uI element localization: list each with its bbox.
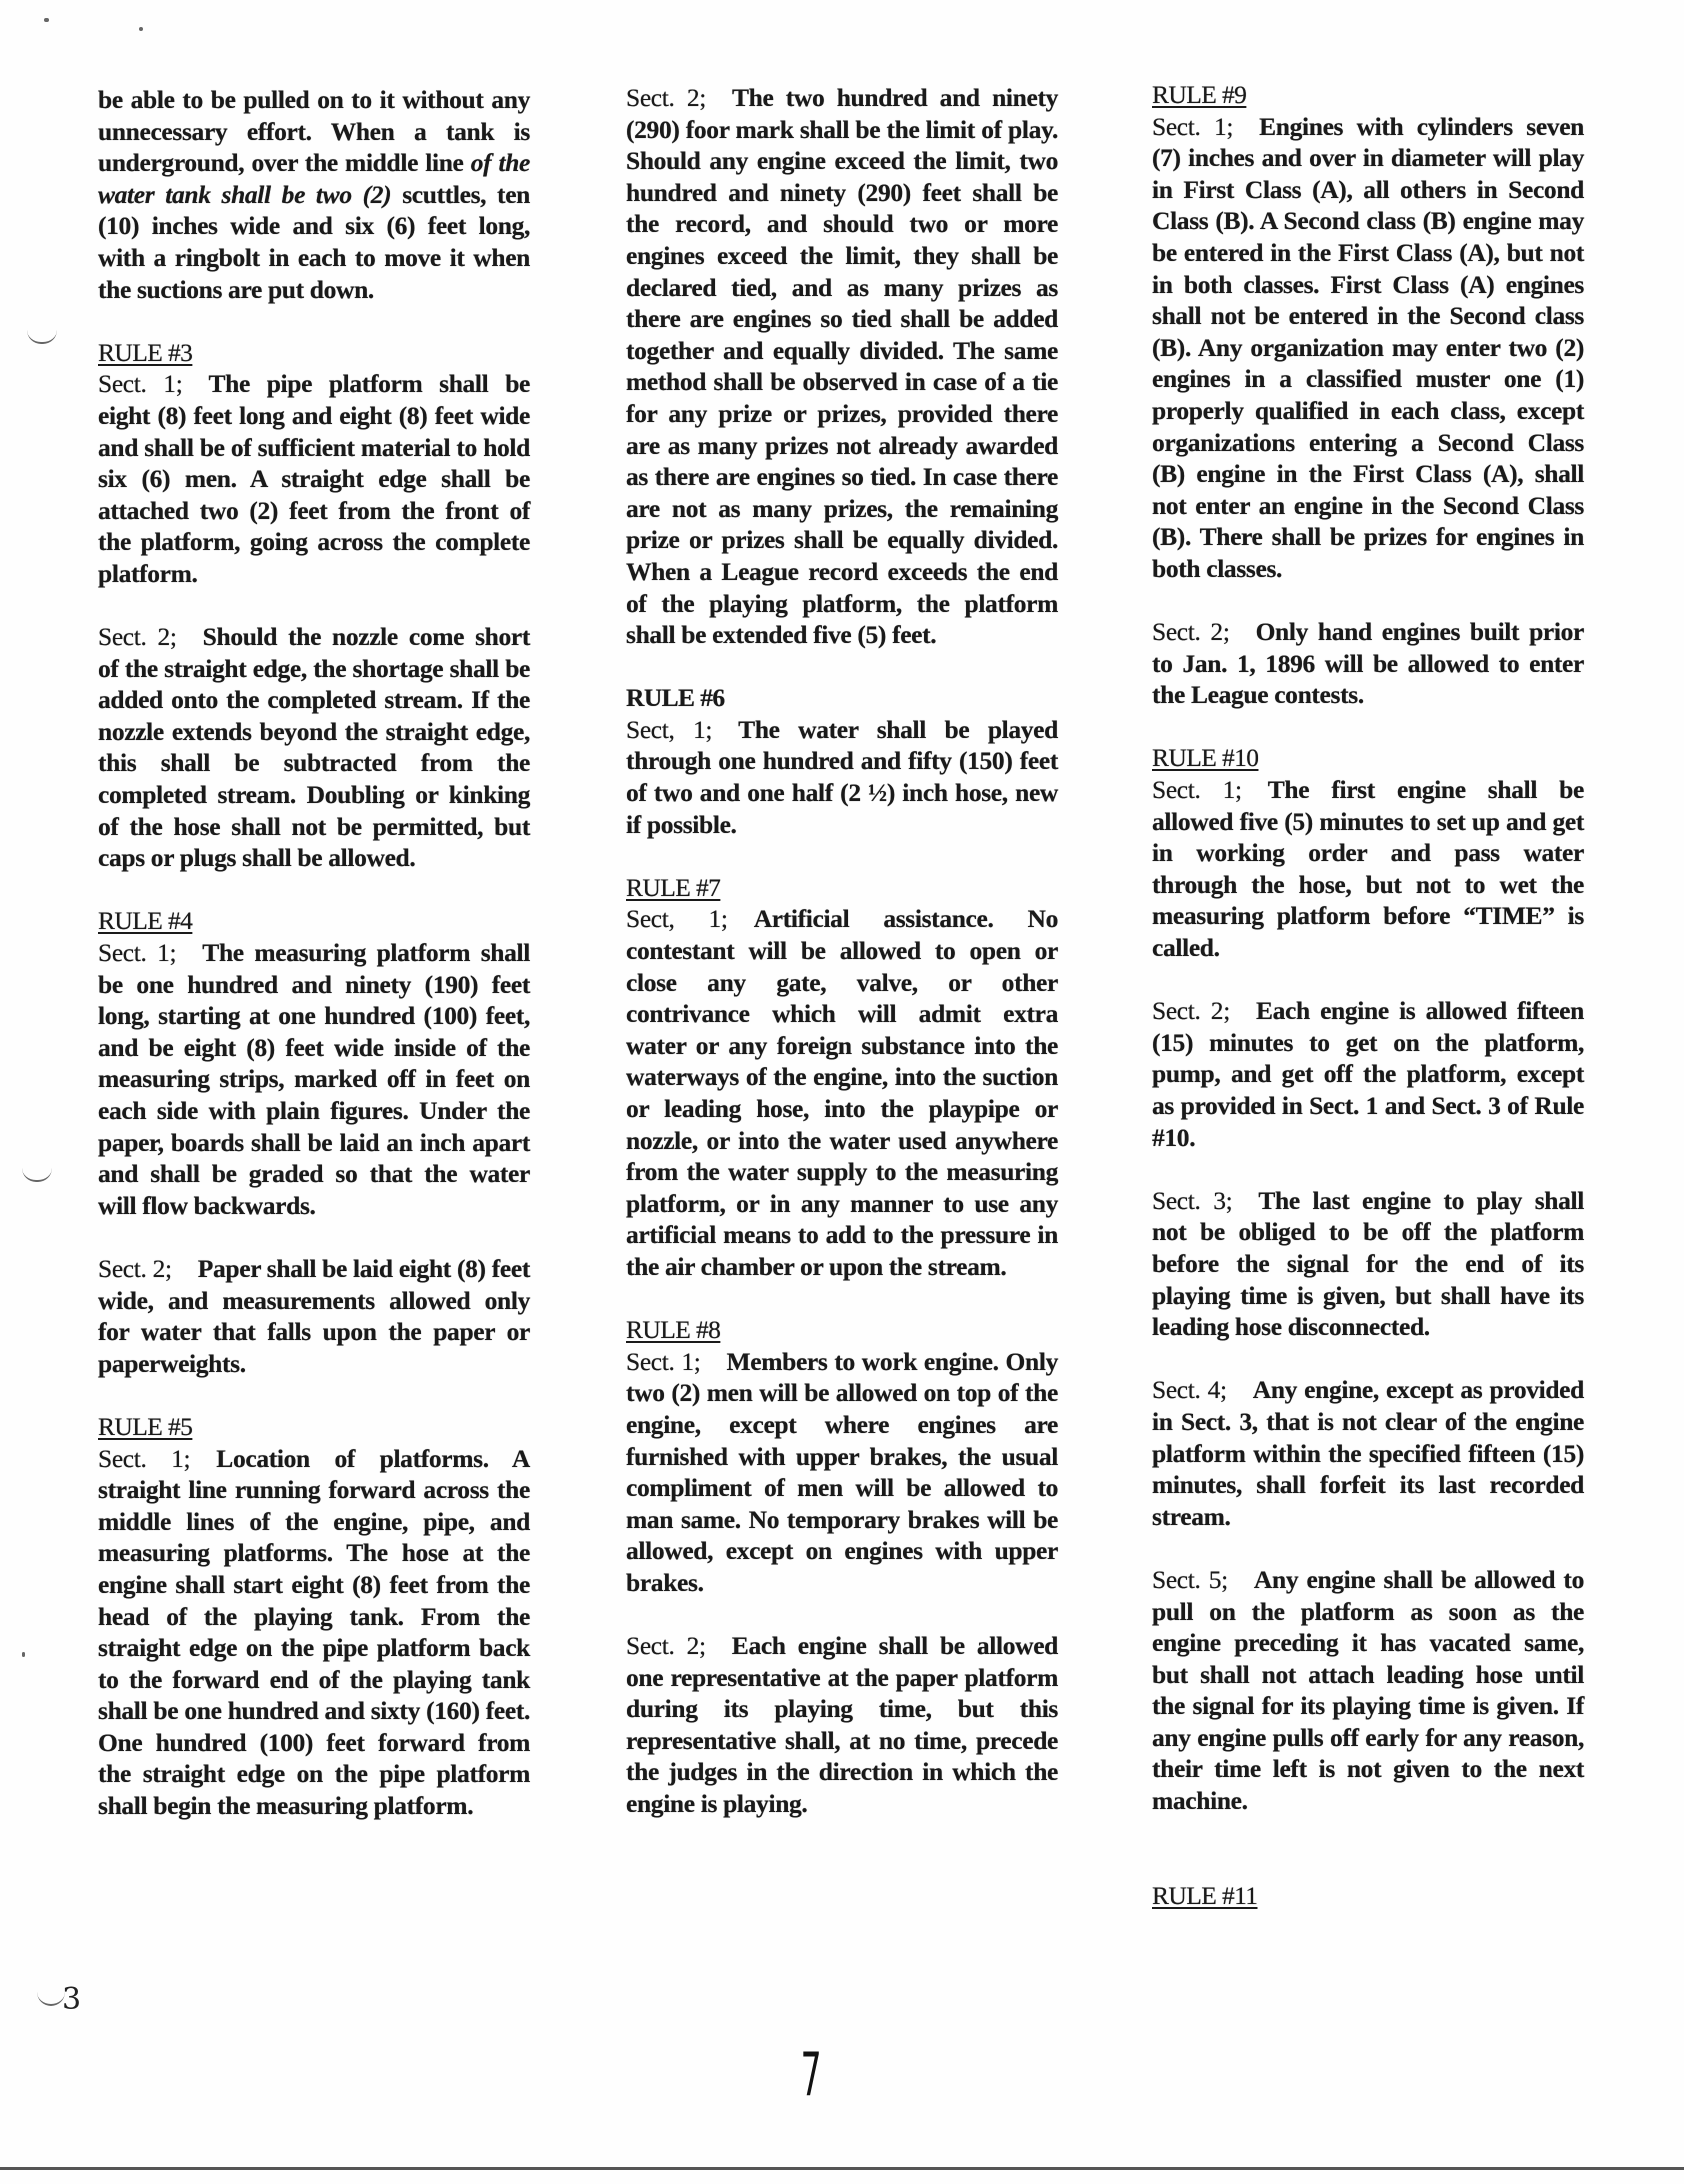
section-text: Any engine shall be allowed to pull on t…: [1152, 1565, 1584, 1815]
section-text: Artificial assistance. No contestant wil…: [626, 904, 1058, 1281]
handwritten-page-number: 7: [801, 2040, 822, 2110]
rule-10-section-4: Sect. 4;Any engine, except as provided i…: [1152, 1374, 1584, 1532]
section-label: Sect. 1;: [1152, 775, 1242, 804]
rule-8-section-2: Sect. 2;Each engine shall be allowed one…: [626, 1630, 1058, 1820]
text-column-1: be able to be pulled on to it without an…: [98, 84, 530, 1822]
rule-3-section-1: RULE #3 Sect. 1;The pipe platform shall …: [98, 337, 530, 590]
section-label: Sect. 1;: [98, 369, 182, 398]
rule-10-section-3: Sect. 3;The last engine to play shall no…: [1152, 1185, 1584, 1343]
margin-pencil-mark: [27, 330, 57, 344]
section-label: Sect, 1;: [626, 904, 728, 933]
continuation-paragraph: be able to be pulled on to it without an…: [98, 84, 530, 305]
rule-5-section-1: RULE #5 Sect. 1;Location of platforms. A…: [98, 1411, 530, 1822]
rule-heading: RULE #3: [98, 337, 530, 369]
rule-10-section-1: RULE #10 Sect. 1;The first engine shall …: [1152, 742, 1584, 963]
scanned-document-page: be able to be pulled on to it without an…: [0, 0, 1684, 2184]
rule-3-section-2: Sect. 2;Should the nozzle come short of …: [98, 621, 530, 874]
rule-heading: RULE #7: [626, 872, 1058, 904]
rule-6-section-1: RULE #6 Sect, 1;The water shall be playe…: [626, 682, 1058, 840]
rule-11-heading-block: RULE #11: [1152, 1880, 1584, 1912]
rule-9-section-1: RULE #9 Sect. 1;Engines with cylinders s…: [1152, 79, 1584, 585]
section-label: Sect. 1;: [1152, 112, 1233, 141]
rule-8-section-1: RULE #8 Sect. 1;Members to work engine. …: [626, 1314, 1058, 1598]
rule-heading: RULE #11: [1152, 1880, 1584, 1912]
rule-heading: RULE #6: [626, 682, 1058, 714]
rule-4-section-1: RULE #4 Sect. 1;The measuring platform s…: [98, 905, 530, 1221]
section-label: Sect. 5;: [1152, 1565, 1228, 1594]
text-column-2: Sect. 2;The two hundred and ninety (290)…: [626, 82, 1058, 1820]
rule-10-section-2: Sect. 2;Each engine is allowed fifteen (…: [1152, 995, 1584, 1153]
rule-10-section-5: Sect. 5;Any engine shall be allowed to p…: [1152, 1564, 1584, 1817]
rule-7-section-1: RULE #7 Sect, 1;Artificial assistance. N…: [626, 872, 1058, 1283]
section-label: Sect. 1;: [98, 938, 176, 967]
section-label: Sect. 2;: [98, 622, 177, 651]
section-text: The two hundred and ninety (290) foor ma…: [626, 83, 1058, 649]
section-label: Sect. 2;: [626, 1631, 706, 1660]
scan-edge-line: [0, 2167, 1684, 2170]
section-label: Sect. 2;: [1152, 617, 1230, 646]
scan-speck: [139, 27, 143, 31]
section-text: Location of platforms. A straight line r…: [98, 1444, 530, 1821]
rule-heading: RULE #9: [1152, 79, 1584, 111]
scan-speck: [44, 18, 49, 22]
paragraph-text: be able to be pulled on to it without an…: [98, 85, 530, 177]
section-label: Sect. 2;: [1152, 996, 1230, 1025]
section-label: Sect. 3;: [1152, 1186, 1232, 1215]
rule-5-section-2: Sect. 2;The two hundred and ninety (290)…: [626, 82, 1058, 651]
rule-heading: RULE #10: [1152, 742, 1584, 774]
section-label: Sect. 2;: [626, 83, 706, 112]
rule-9-section-2: Sect. 2;Only hand engines built prior to…: [1152, 616, 1584, 711]
rule-4-section-2: Sect. 2;Paper shall be laid eight (8) fe…: [98, 1253, 530, 1379]
rule-heading: RULE #4: [98, 905, 530, 937]
section-label: Sect, 1;: [626, 715, 712, 744]
margin-pencil-mark: [37, 1990, 65, 2006]
section-label: Sect. 1;: [98, 1444, 190, 1473]
text-column-3: RULE #9 Sect. 1;Engines with cylinders s…: [1152, 79, 1584, 1911]
section-label: Sect. 1;: [626, 1347, 701, 1376]
scan-speck: [22, 1652, 25, 1657]
handwritten-margin-number: 3: [62, 1982, 81, 2017]
section-text: Engines with cylinders seven (7) inches …: [1152, 112, 1584, 583]
section-text: The pipe platform shall be eight (8) fee…: [98, 369, 530, 588]
rule-heading: RULE #5: [98, 1411, 530, 1443]
rule-heading: RULE #8: [626, 1314, 1058, 1346]
section-label: Sect. 2;: [98, 1254, 172, 1283]
margin-pencil-mark: [22, 1168, 52, 1182]
section-text: Members to work engine. Only two (2) men…: [626, 1347, 1058, 1597]
section-text: The measuring platform shall be one hund…: [98, 938, 530, 1220]
section-text: Should the nozzle come short of the stra…: [98, 622, 530, 872]
section-label: Sect. 4;: [1152, 1375, 1227, 1404]
